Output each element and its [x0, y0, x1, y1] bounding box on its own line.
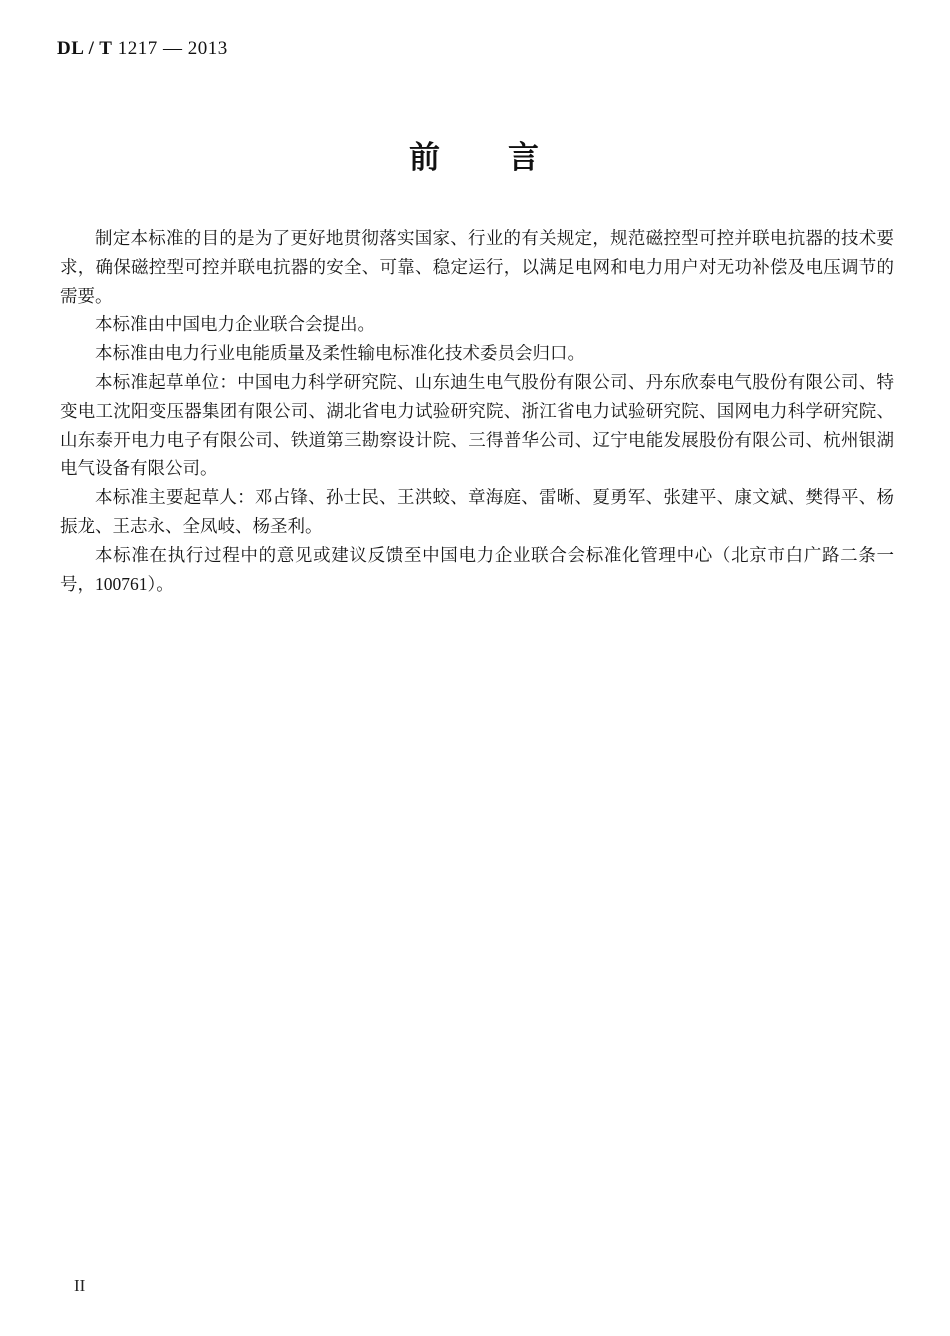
- standard-code: DL / T: [57, 38, 112, 59]
- paragraph-proposed-by: 本标准由中国电力企业联合会提出。: [60, 310, 894, 339]
- standard-designation: DL / T 1217 — 2013: [57, 38, 228, 60]
- foreword-body: 制定本标准的目的是为了更好地贯彻落实国家、行业的有关规定，规范磁控型可控并联电抗…: [60, 224, 894, 598]
- page-number: II: [74, 1276, 85, 1296]
- document-page: DL / T 1217 — 2013 前 言 制定本标准的目的是为了更好地贯彻落…: [0, 0, 950, 1336]
- paragraph-centralized-by: 本标准由电力行业电能质量及柔性输电标准化技术委员会归口。: [60, 339, 894, 368]
- page-title: 前 言: [0, 132, 950, 177]
- paragraph-chief-drafters: 本标准主要起草人：邓占锋、孙士民、王洪蛟、章海庭、雷晰、夏勇军、张建平、康文斌、…: [60, 483, 894, 541]
- paragraph-purpose: 制定本标准的目的是为了更好地贯彻落实国家、行业的有关规定，规范磁控型可控并联电抗…: [60, 224, 894, 310]
- standard-number: 1217 — 2013: [118, 38, 228, 59]
- paragraph-feedback-address: 本标准在执行过程中的意见或建议反馈至中国电力企业联合会标准化管理中心（北京市白广…: [60, 541, 894, 599]
- paragraph-drafting-organizations: 本标准起草单位：中国电力科学研究院、山东迪生电气股份有限公司、丹东欣泰电气股份有…: [60, 368, 894, 483]
